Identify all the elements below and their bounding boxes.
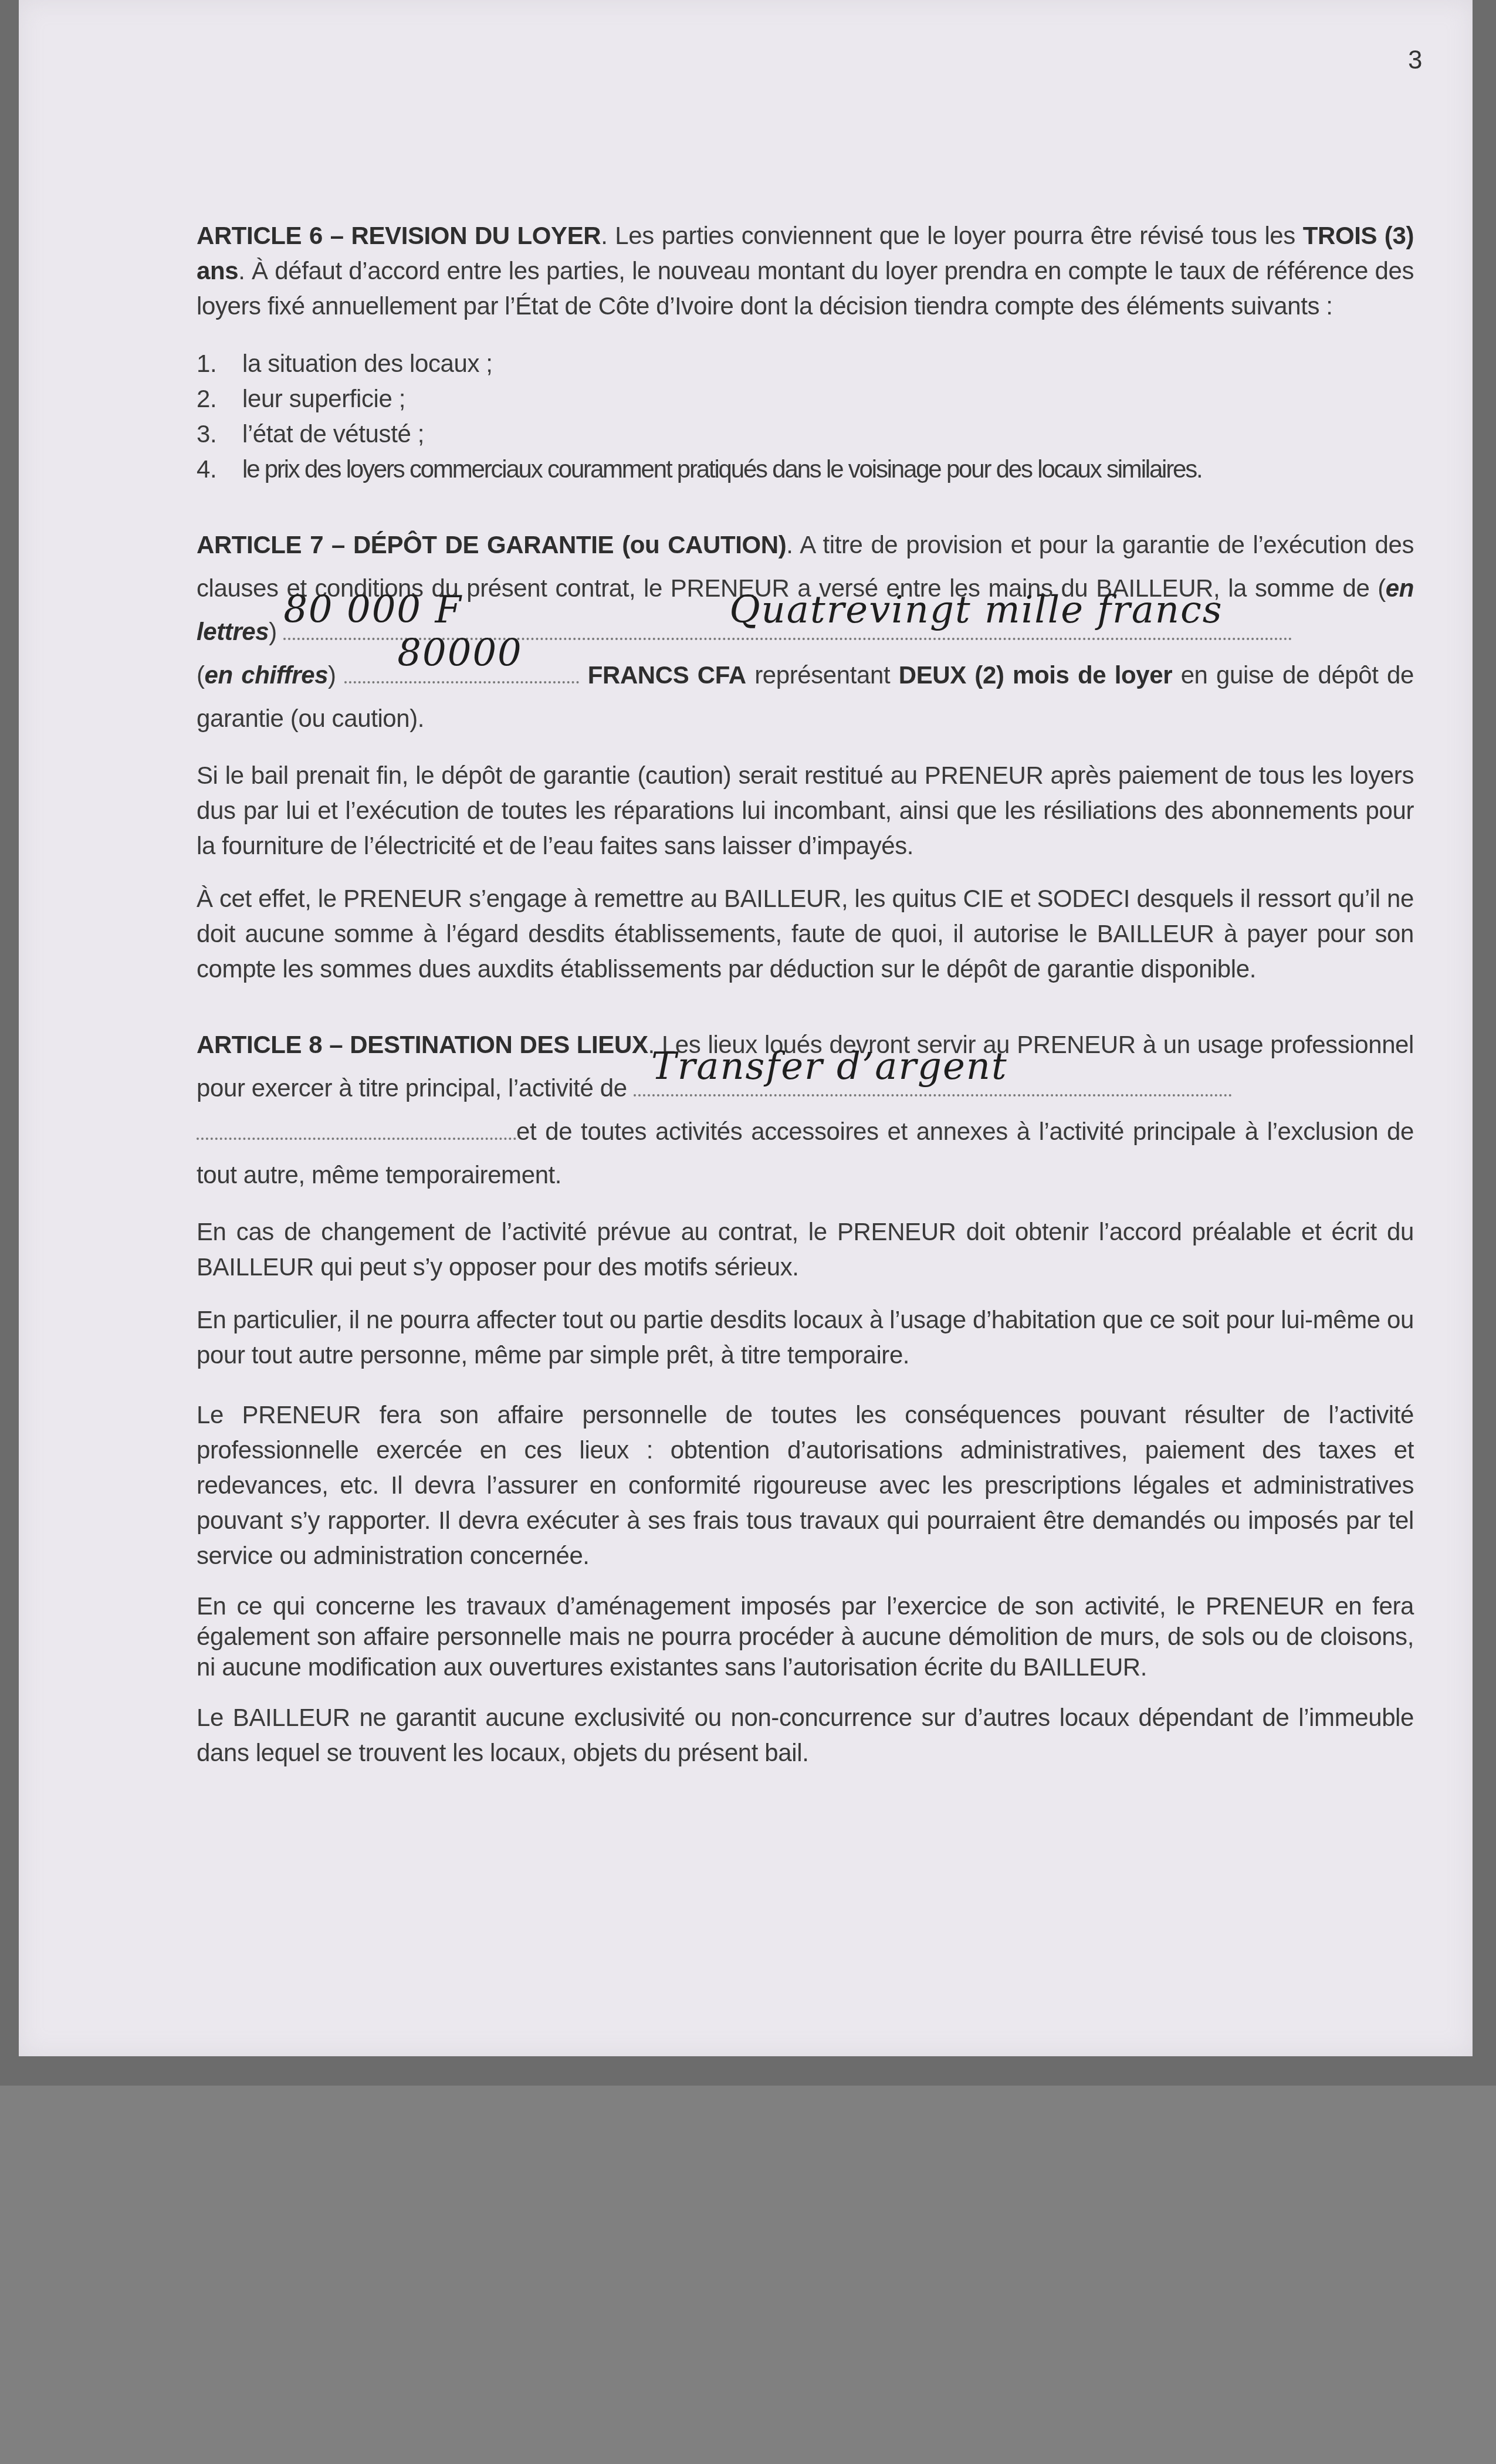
handwritten-amount-words: Quatrevingt mille francs [729,588,1223,632]
document-body: ARTICLE 6 – REVISION DU LOYER. Les parti… [197,218,1414,1771]
article-8-paragraph-1: ARTICLE 8 – DESTINATION DES LIEUX. Les l… [197,1023,1414,1197]
page-number: 3 [1408,46,1422,75]
article-8: ARTICLE 8 – DESTINATION DES LIEUX. Les l… [197,1023,1414,1771]
article-8-heading: ARTICLE 8 – DESTINATION DES LIEUX [197,1031,648,1058]
article-7-heading: ARTICLE 7 – DÉPÔT DE GARANTIE (ou CAUTIO… [197,531,786,559]
list-item: 4.le prix des loyers commerciaux couramm… [197,452,1414,487]
article-7: ARTICLE 7 – DÉPÔT DE GARANTIE (ou CAUTIO… [197,523,1414,987]
deposit-months: DEUX (2) mois de loyer [899,661,1172,689]
handwritten-activity: Transfer d’argent [651,1045,1008,1088]
activity-field-continuation[interactable] [197,1120,516,1140]
list-item: 2.leur superficie ; [197,381,1414,417]
article-8-paragraph-3: En particulier, il ne pourra affecter to… [197,1302,1414,1373]
article-8-paragraph-5: En ce qui concerne les travaux d’aménage… [197,1591,1414,1683]
list-item: 3.l’état de vétusté ; [197,417,1414,452]
article-8-paragraph-4: Le PRENEUR fera son affaire personnelle … [197,1397,1414,1573]
handwritten-figures: 80000 [397,632,523,675]
article-7-paragraph-2: Si le bail prenait fin, le dépôt de gara… [197,758,1414,864]
amount-in-figures-field[interactable]: 80000 [344,655,579,683]
revision-criteria-list: 1.la situation des locaux ; 2.leur super… [197,346,1414,487]
article-8-paragraph-6: Le BAILLEUR ne garantit aucune exclusivi… [197,1700,1414,1771]
activity-field[interactable]: Transfer d’argent [634,1068,1232,1096]
list-item: 1.la situation des locaux ; [197,346,1414,381]
article-7-paragraph-3: À cet effet, le PRENEUR s’engage à remet… [197,881,1414,987]
currency: FRANCS CFA [588,661,746,689]
article-7-paragraph-1: ARTICLE 7 – DÉPÔT DE GARANTIE (ou CAUTIO… [197,523,1414,740]
handwritten-amount: 80 000 F [283,588,462,632]
article-6-heading: ARTICLE 6 – REVISION DU LOYER [197,222,601,249]
article-8-paragraph-2: En cas de changement de l’activité prévu… [197,1214,1414,1285]
label-en-chiffres: en chiffres [205,661,329,689]
article-6: ARTICLE 6 – REVISION DU LOYER. Les parti… [197,218,1414,487]
article-6-paragraph: ARTICLE 6 – REVISION DU LOYER. Les parti… [197,218,1414,324]
